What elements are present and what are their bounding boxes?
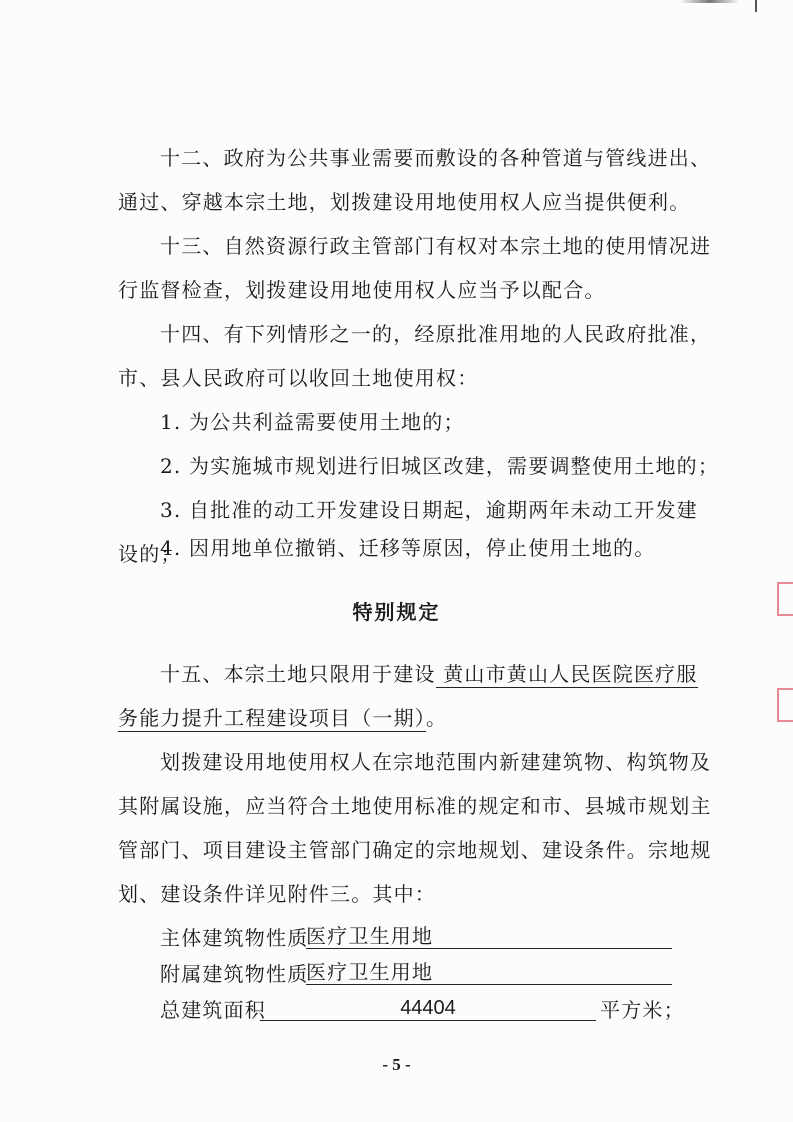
page-number: - 5 - <box>0 1055 793 1075</box>
clause-13-line-1: 十三、自然资源行政主管部门有权对本宗土地的使用情况进 <box>160 234 711 258</box>
clause-15-para-line-4: 划、建设条件详见附件三。其中： <box>118 882 436 906</box>
clause-15-para-line-3: 管部门、项目建设主管部门确定的宗地规划、建设条件。宗地规 <box>118 838 712 862</box>
main-building-value: 医疗卫生用地 <box>306 924 672 949</box>
aux-building-label: 附属建筑物性质 <box>160 962 308 986</box>
clause-14-line-1: 十四、有下列情形之一的，经原批准用地的人民政府批准， <box>160 322 711 346</box>
document-page: 十二、政府为公共事业需要而敷设的各种管道与管线进出、 通过、穿越本宗土地，划拨建… <box>0 0 793 1122</box>
total-area-unit: 平方米； <box>600 998 685 1022</box>
clause-13-line-2: 行监督检查，划拨建设用地使用权人应当予以配合。 <box>118 278 606 302</box>
total-area-label: 总建筑面积 <box>160 998 266 1022</box>
clause-14-item-3: 3. 自批准的动工开发建设日期起，逾期两年未动工开发建 <box>160 498 698 522</box>
clause-12-line-2: 通过、穿越本宗土地，划拨建设用地使用权人应当提供便利。 <box>118 190 690 214</box>
seal-stamp-fragment <box>777 688 793 722</box>
clause-15-para-line-2: 其附属设施，应当符合土地使用标准的规定和市、县城市规划主 <box>118 794 712 818</box>
seal-stamp-fragment <box>777 582 793 616</box>
clause-15-para-line-1: 划拨建设用地使用权人在宗地范围内新建建筑物、构筑物及 <box>160 750 711 774</box>
main-building-label: 主体建筑物性质 <box>160 926 308 950</box>
project-name-part-2: 务能力提升工程建设项目（一期） <box>118 706 426 732</box>
clause-14-item-4: 4. 因用地单位撤销、迁移等原因，停止使用土地的。 <box>160 536 655 560</box>
clause-14-item-1: 1. 为公共利益需要使用土地的； <box>160 410 465 434</box>
scan-artifact-mark <box>755 0 757 12</box>
clause-15-line-2: 务能力提升工程建设项目（一期）。 <box>118 706 447 730</box>
project-name-part-1: 黄山市黄山人民医院医疗服 <box>436 662 698 688</box>
clause-15-line-1: 十五、本宗土地只限用于建设 黄山市黄山人民医院医疗服 <box>160 662 698 686</box>
section-title: 特别规定 <box>0 596 793 625</box>
clause-14-line-2: 市、县人民政府可以收回土地使用权： <box>118 366 478 390</box>
clause-15-suffix: 。 <box>426 706 447 730</box>
total-area-value: 44404 <box>260 996 596 1021</box>
aux-building-value: 医疗卫生用地 <box>306 960 672 985</box>
scan-artifact <box>680 0 740 3</box>
clause-15-prefix: 十五、本宗土地只限用于建设 <box>160 662 436 686</box>
clause-14-item-2: 2. 为实施城市规划进行旧城区改建，需要调整使用土地的； <box>160 454 719 478</box>
clause-12-line-1: 十二、政府为公共事业需要而敷设的各种管道与管线进出、 <box>160 146 711 170</box>
